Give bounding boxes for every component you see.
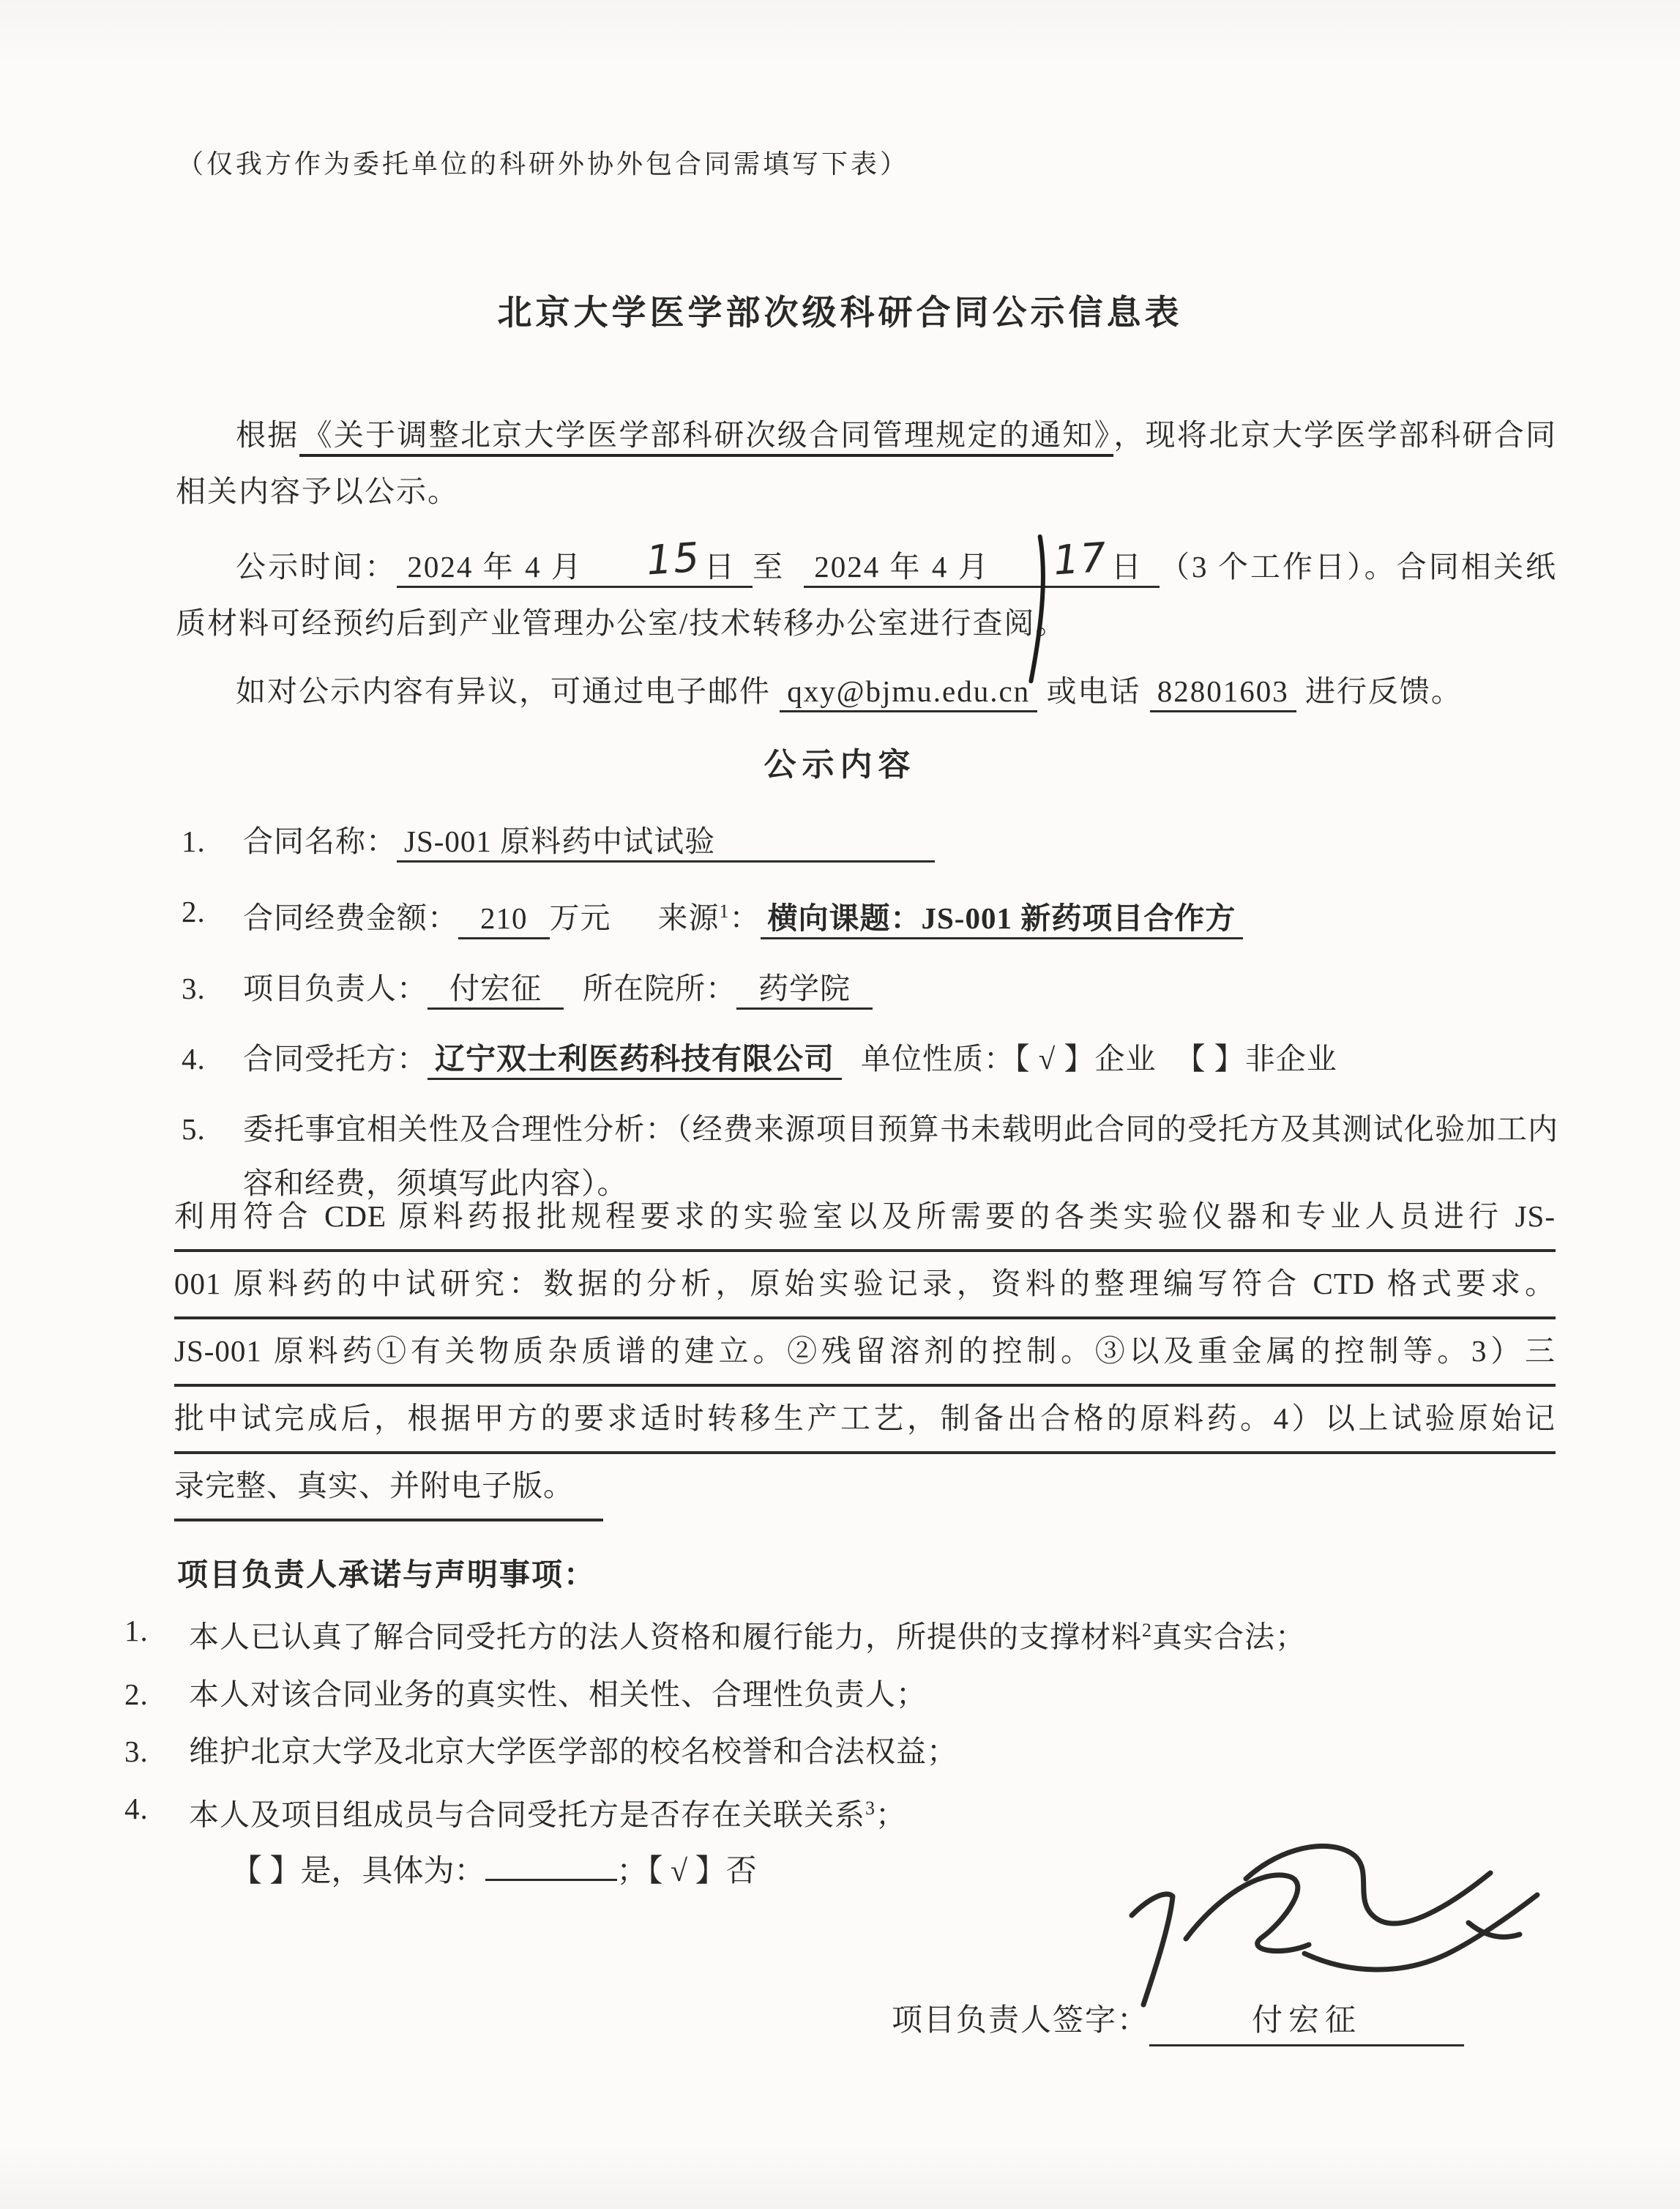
- funding-source-value: 横向课题：JS-001 新药项目合作方: [761, 901, 1244, 939]
- item-principal-investigator: 3. 项目负责人：付宏征所在院所：药学院: [182, 961, 1558, 1016]
- contract-name-value: JS-001 原料药中试试验: [397, 824, 935, 863]
- start-date-prefix: 2024 年 4 月: [407, 550, 583, 584]
- item-number: 2.: [182, 884, 243, 945]
- funding-unit: 万元: [550, 901, 611, 935]
- signature-line: 项目负责人签字：付宏征: [892, 1996, 1464, 2046]
- trustee-company: 辽宁双士利医药科技有限公司: [428, 1042, 842, 1080]
- intro-paragraph: 根据《关于调整北京大学医学部科研次级合同管理规定的通知》，现将北京大学医学部科研…: [176, 407, 1557, 520]
- document-title: 北京大学医学部次级科研合同公示信息表: [0, 286, 1680, 335]
- notice-title-underlined: 《关于调整北京大学医学部科研次级合同管理规定的通知》: [299, 418, 1114, 457]
- feedback-before: 如对公示内容有异议，可通过电子邮件: [236, 674, 780, 708]
- item-number: 1.: [122, 1605, 189, 1663]
- pre-table-note: （仅我方作为委托单位的科研外协外包合同需填写下表）: [177, 144, 909, 181]
- feedback-email: qxy@bjmu.edu.cn: [780, 674, 1037, 712]
- trustee-label: 合同受托方：: [243, 1042, 428, 1076]
- declaration-tail: ；: [876, 1798, 906, 1831]
- relation-semicolon: ；: [617, 1855, 648, 1888]
- period-label: 公示时间：: [236, 550, 397, 584]
- pi-label: 项目负责人：: [243, 972, 428, 1005]
- footnote-marker-2: 2: [1142, 1620, 1152, 1641]
- declaration-text: 维护北京大学及北京大学医学部的校名校誉和合法权益；: [189, 1735, 957, 1768]
- contract-name-label: 合同名称：: [243, 824, 397, 858]
- end-date-prefix: 2024 年 4 月: [814, 550, 990, 584]
- checkbox-yes-unchecked: 【 】: [231, 1855, 301, 1888]
- end-day-suffix: 日: [1110, 550, 1143, 584]
- item-contract-name: 1. 合同名称：JS-001 原料药中试试验: [182, 814, 1558, 868]
- relation-detail-blank: [485, 1847, 617, 1881]
- declaration-item: 3. 维护北京大学及北京大学医学部的校名校誉和合法权益；: [122, 1726, 1556, 1777]
- item-body: 维护北京大学及北京大学医学部的校名校誉和合法权益；: [189, 1726, 1556, 1777]
- checkbox-enterprise-checked: 【 √ 】企业: [1015, 1042, 1157, 1076]
- section-header-publicity-content: 公示内容: [0, 738, 1680, 785]
- declaration-item: 2. 本人对该合同业务的真实性、相关性、合理性负责人；: [122, 1669, 1556, 1720]
- handwritten-end-day-text: 17: [1052, 534, 1109, 584]
- declaration-text: 本人已认真了解合同受托方的法人资格和履行能力，所提供的支撑材料: [189, 1620, 1142, 1654]
- declaration-text: 本人对该合同业务的真实性、相关性、合理性负责人；: [189, 1677, 927, 1711]
- item-body: 本人对该合同业务的真实性、相关性、合理性负责人；: [189, 1669, 1556, 1720]
- signature-label: 项目负责人签字：: [892, 2004, 1149, 2038]
- item-body: 项目负责人：付宏征所在院所：药学院: [243, 961, 1558, 1016]
- item-number: 4.: [182, 1032, 243, 1086]
- checkbox-no-checked: 【 √ 】: [648, 1855, 726, 1888]
- scanned-document-page: （仅我方作为委托单位的科研外协外包合同需填写下表） 北京大学医学部次级科研合同公…: [0, 0, 1680, 2209]
- relation-yes-text: 是，具体为：: [301, 1855, 485, 1888]
- item-number: 4.: [122, 1783, 189, 1841]
- item-body: 本人已认真了解合同受托方的法人资格和履行能力，所提供的支撑材料2真实合法；: [189, 1605, 1556, 1663]
- analysis-line: 001 原料药的中试研究：数据的分析，原始实验记录，资料的整理编写符合 CTD …: [174, 1252, 1556, 1319]
- publicity-items-list: 1. 合同名称：JS-001 原料药中试试验 2. 合同经费金额：210万元来源…: [182, 814, 1558, 1226]
- funding-source-label: 来源: [658, 901, 720, 935]
- feedback-phone: 82801603: [1150, 674, 1296, 712]
- item-body: 合同受托方：辽宁双士利医药科技有限公司单位性质：【 √ 】企业【 】非企业: [243, 1032, 1558, 1086]
- pi-dept-value: 药学院: [736, 972, 873, 1010]
- funding-label: 合同经费金额：: [243, 901, 458, 935]
- start-date-underlined: 2024 年 4 月15日: [397, 550, 753, 588]
- handwritten-start-day: 15: [586, 557, 701, 565]
- item-body: 合同名称：JS-001 原料药中试试验: [243, 814, 1558, 868]
- item-body: 合同经费金额：210万元来源1：横向课题：JS-001 新药项目合作方: [243, 884, 1558, 945]
- declaration-item: 1. 本人已认真了解合同受托方的法人资格和履行能力，所提供的支撑材料2真实合法；: [122, 1605, 1556, 1663]
- item-trustee: 4. 合同受托方：辽宁双士利医药科技有限公司单位性质：【 √ 】企业【 】非企业: [182, 1032, 1558, 1086]
- pi-dept-label: 所在院所：: [583, 972, 736, 1005]
- item-number: 2.: [122, 1669, 189, 1720]
- footnote-marker-1: 1: [720, 901, 730, 922]
- intro-lead: 根据: [236, 418, 299, 452]
- analysis-line: 批中试完成后，根据甲方的要求适时转移生产工艺，制备出合格的原料药。4）以上试验原…: [174, 1387, 1556, 1454]
- item-funding: 2. 合同经费金额：210万元来源1：横向课题：JS-001 新药项目合作方: [182, 884, 1558, 945]
- analysis-line: JS-001 原料药①有关物质杂质谱的建立。②残留溶剂的控制。③以及重金属的控制…: [174, 1319, 1556, 1387]
- end-date-underlined: 2024 年 4 月17日: [804, 550, 1160, 588]
- feedback-after: 进行反馈。: [1296, 674, 1463, 708]
- declaration-heading: 项目负责人承诺与声明事项：: [177, 1551, 596, 1595]
- pi-name: 付宏征: [428, 972, 564, 1010]
- item-number: 1.: [182, 814, 243, 868]
- to-character: 至: [753, 550, 785, 584]
- declaration-tail: 真实合法；: [1152, 1620, 1306, 1654]
- funding-source-colon: ：: [730, 901, 761, 935]
- analysis-underlined-block: 利用符合 CDE 原料药报批规程要求的实验室以及所需要的各类实验仪器和专业人员进…: [174, 1185, 1556, 1521]
- publicity-period-paragraph: 公示时间：2024 年 4 月15日至2024 年 4 月17日（3 个工作日）…: [176, 539, 1557, 652]
- item-number: 3.: [122, 1726, 189, 1777]
- analysis-line: 利用符合 CDE 原料药报批规程要求的实验室以及所需要的各类实验仪器和专业人员进…: [174, 1185, 1556, 1252]
- handwritten-end-day: 17: [993, 557, 1108, 565]
- item-number: 3.: [182, 961, 243, 1016]
- funding-amount: 210: [458, 901, 550, 939]
- footnote-marker-3: 3: [865, 1798, 876, 1819]
- analysis-line-last: 录完整、真实、并附电子版。: [174, 1454, 603, 1521]
- declaration-text: 本人及项目组成员与合同受托方是否存在关联关系: [189, 1798, 865, 1831]
- signature-name-underlined: 付宏征: [1149, 1996, 1464, 2046]
- handwritten-signature-scrawl: [1061, 1829, 1567, 2021]
- trustee-nature-label: 单位性质：: [861, 1042, 1015, 1076]
- start-day-suffix: 日: [703, 550, 736, 584]
- feedback-paragraph: 如对公示内容有异议，可通过电子邮件 qxy@bjmu.edu.cn 或电话 82…: [176, 663, 1557, 720]
- relation-no-text: 否: [726, 1855, 757, 1888]
- checkbox-non-enterprise: 【 】非企业: [1176, 1042, 1337, 1076]
- feedback-between: 或电话: [1037, 674, 1150, 708]
